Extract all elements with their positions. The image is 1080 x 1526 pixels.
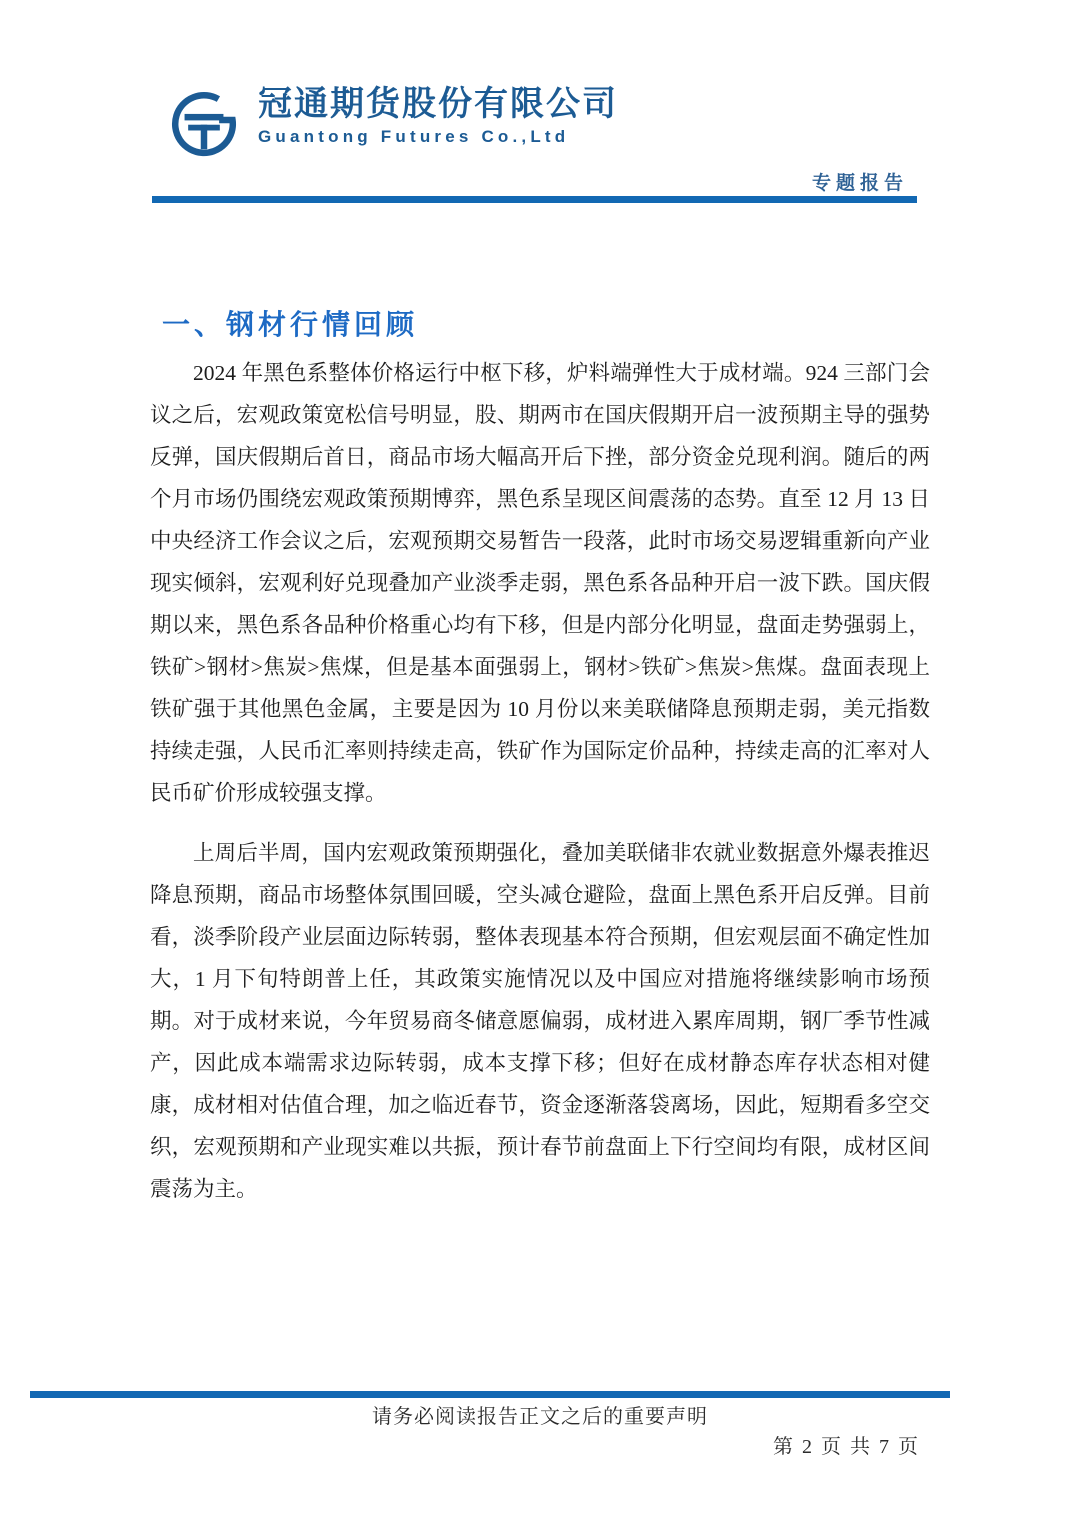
section-heading: 一、钢材行情回顾: [162, 303, 418, 343]
company-name-cn: 冠通期货股份有限公司: [258, 84, 618, 124]
report-body: 2024 年黑色系整体价格运行中枢下移，炉料端弹性大于成材端。924 三部门会议…: [150, 352, 930, 1228]
company-name-block: 冠通期货股份有限公司 Guantong Futures Co.,Ltd: [258, 84, 618, 147]
guantong-logo-icon: [168, 88, 240, 160]
company-name-en: Guantong Futures Co.,Ltd: [258, 127, 618, 147]
header-rule: [152, 196, 917, 203]
report-page: 冠通期货股份有限公司 Guantong Futures Co.,Ltd 专题报告…: [0, 0, 1080, 1526]
paragraph-outlook: 上周后半周，国内宏观政策预期强化，叠加美联储非农就业数据意外爆表推迟降息预期，商…: [150, 832, 930, 1210]
page-number: 第 2 页 共 7 页: [773, 1430, 920, 1459]
report-type-label: 专题报告: [812, 168, 908, 195]
footer-rule: [30, 1391, 950, 1398]
company-logo: 冠通期货股份有限公司 Guantong Futures Co.,Ltd: [168, 84, 618, 160]
paragraph-market-review: 2024 年黑色系整体价格运行中枢下移，炉料端弹性大于成材端。924 三部门会议…: [150, 352, 930, 814]
footer-disclaimer: 请务必阅读报告正文之后的重要声明: [0, 1400, 1080, 1429]
